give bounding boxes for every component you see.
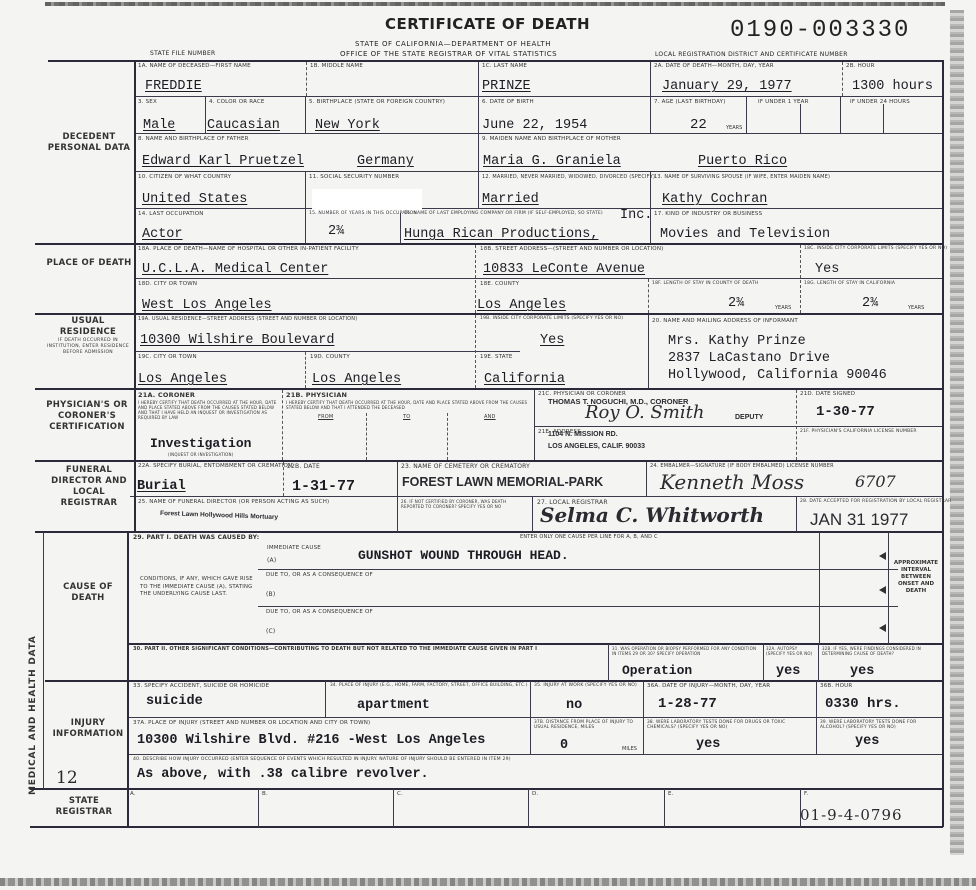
rule bbox=[258, 569, 898, 570]
label-under-1-year: IF UNDER 1 YEAR bbox=[758, 99, 809, 105]
label-first-name: 1a. NAME OF DECEASED—FIRST NAME bbox=[138, 63, 251, 69]
label-informant: 20. NAME AND MAILING ADDRESS OF INFORMAN… bbox=[652, 318, 798, 324]
enter-only-one-note: ENTER ONLY ONE CAUSE PER LINE FOR A, B, … bbox=[520, 534, 658, 540]
hour-value: 1300 hours bbox=[852, 79, 933, 94]
sex-value: Male bbox=[143, 118, 175, 133]
occupation-value: Actor bbox=[142, 227, 183, 242]
local-registrar-signature: Selma C. Whitworth bbox=[540, 503, 764, 527]
rule bbox=[796, 497, 797, 532]
rule bbox=[475, 315, 476, 388]
label-marital: 12. MARRIED, NEVER MARRIED, WIDOWED, DIV… bbox=[482, 174, 655, 180]
label-death-inside-city: 18c. INSIDE CITY CORPORATE LIMITS (SPECI… bbox=[804, 246, 947, 251]
scan-artifact-bottom bbox=[0, 878, 976, 886]
label-residence-street: 19a. USUAL RESIDENCE—STREET ADDRESS (STR… bbox=[138, 316, 357, 322]
rule bbox=[30, 826, 943, 828]
label-spouse: 13. NAME OF SURVIVING SPOUSE (IF WIFE, E… bbox=[654, 174, 830, 180]
rule bbox=[648, 315, 649, 388]
manner-value: suicide bbox=[146, 694, 203, 709]
state-registrar-column-b: B. bbox=[262, 791, 268, 797]
informant-line-1: Mrs. Kathy Prinze bbox=[668, 334, 806, 349]
stay-county-unit: YEARS bbox=[775, 305, 791, 311]
label-residence-inside-city: 19b. INSIDE CITY CORPORATE LIMITS (SPECI… bbox=[480, 316, 623, 321]
facility-value: U.C.L.A. Medical Center bbox=[142, 262, 328, 277]
distance-unit: MILES bbox=[622, 746, 637, 752]
section-place-of-death: PLACE OF DEATH bbox=[45, 258, 133, 269]
coroner-certification-text: I HEREBY CERTIFY THAT DEATH OCCURRED AT … bbox=[138, 400, 278, 420]
employer-suffix-value: Inc. bbox=[620, 208, 652, 223]
marital-value: Married bbox=[482, 192, 539, 207]
scan-artifact-right-edge bbox=[950, 10, 964, 855]
label-coroner-reported: 26. IF NOT CERTIFIED BY CORONER, WAS DEA… bbox=[401, 499, 529, 509]
mother-birthplace-value: Puerto Rico bbox=[698, 154, 787, 169]
physician-and: AND bbox=[484, 414, 496, 420]
rule bbox=[478, 62, 479, 208]
rule bbox=[888, 532, 889, 644]
state-file-number-label: STATE FILE NUMBER bbox=[150, 50, 216, 57]
informant-line-3: Hollywood, California 90046 bbox=[668, 368, 887, 383]
label-date-of-death: 2a. DATE OF DEATH—MONTH, DAY, YEAR bbox=[654, 63, 774, 69]
rule bbox=[35, 460, 943, 462]
label-cause-b: (B) bbox=[266, 591, 275, 598]
rule bbox=[135, 96, 943, 97]
label-injury-hour: 36b. HOUR bbox=[820, 683, 852, 689]
birthplace-value: New York bbox=[315, 118, 380, 133]
rule bbox=[128, 754, 943, 755]
local-registration-label: LOCAL REGISTRATION DISTRICT AND CERTIFIC… bbox=[655, 51, 848, 58]
margin-note: 12 bbox=[56, 768, 78, 788]
date-accepted-stamp: JAN 31 1977 bbox=[810, 510, 908, 530]
rule bbox=[35, 388, 943, 390]
usual-residence-title: USUAL RESIDENCE bbox=[60, 316, 116, 337]
section-state-registrar: STATE REGISTRAR bbox=[40, 796, 128, 818]
rule bbox=[535, 426, 943, 427]
rule bbox=[818, 644, 819, 681]
age-value: 22 bbox=[690, 117, 707, 133]
industry-value: Movies and Television bbox=[660, 227, 830, 242]
rule bbox=[45, 680, 943, 682]
interval-arrow-c-icon bbox=[879, 624, 886, 632]
subtitle-office: OFFICE OF THE STATE REGISTRAR OF VITAL S… bbox=[340, 50, 557, 58]
rule bbox=[534, 390, 535, 460]
coroner-value: Investigation bbox=[150, 436, 251, 451]
rule bbox=[366, 413, 367, 460]
label-citizen: 10. CITIZEN OF WHAT COUNTRY bbox=[138, 174, 231, 180]
label-occupation: 14. LAST OCCUPATION bbox=[138, 211, 204, 217]
age-unit: YEARS bbox=[726, 125, 742, 131]
father-name-value: Edward Karl Pruetzel bbox=[142, 154, 304, 169]
label-immediate-cause: IMMEDIATE CAUSE bbox=[267, 545, 321, 551]
injury-date-value: 1-28-77 bbox=[658, 696, 717, 712]
first-name-value: FREDDIE bbox=[145, 79, 202, 94]
state-registrar-column-f: F. bbox=[804, 791, 808, 797]
label-funeral-director: 25. NAME OF FUNERAL DIRECTOR (OR PERSON … bbox=[138, 499, 329, 505]
label-part-2: 30. PART II. OTHER SIGNIFICANT CONDITION… bbox=[133, 646, 537, 652]
state-registrar-column-a: A. bbox=[130, 791, 136, 797]
race-value: Caucasian bbox=[207, 118, 280, 133]
rule bbox=[475, 245, 476, 313]
rule bbox=[128, 717, 943, 718]
label-disposition: 22a. SPECIFY BURIAL, ENTOMBMENT OR CREMA… bbox=[138, 463, 292, 469]
mother-name-value: Maria G. Graniela bbox=[483, 154, 621, 169]
date-of-death-value: January 29, 1977 bbox=[662, 79, 792, 94]
label-sex: 3. SEX bbox=[138, 99, 157, 105]
rule bbox=[648, 279, 649, 313]
certificate-title: CERTIFICATE OF DEATH bbox=[385, 15, 590, 33]
rule bbox=[48, 60, 943, 62]
operation-value: Operation bbox=[622, 663, 692, 678]
rule bbox=[135, 133, 943, 134]
rule bbox=[650, 62, 651, 134]
rule bbox=[664, 789, 665, 827]
autopsy-findings-value: yes bbox=[850, 664, 874, 679]
rule bbox=[796, 390, 797, 460]
stay-county-value: 2¾ bbox=[728, 296, 744, 311]
rule bbox=[30, 788, 943, 790]
label-lab-tests: 38. WERE LABORATORY TESTS DONE FOR DRUGS… bbox=[647, 720, 813, 730]
label-father: 8. NAME AND BIRTHPLACE OF FATHER bbox=[138, 136, 249, 142]
lab-tests-value: yes bbox=[696, 737, 720, 752]
rule bbox=[746, 97, 747, 133]
label-due-to-c: DUE TO, OR AS A CONSEQUENCE OF bbox=[266, 609, 373, 615]
section-certification: PHYSICIAN'S OR CORONER'S CERTIFICATION bbox=[40, 400, 134, 433]
section-medical-health-data: MEDICAL AND HEALTH DATA bbox=[28, 635, 38, 795]
coroner-signature: Roy O. Smith bbox=[585, 402, 704, 423]
rule bbox=[840, 97, 841, 133]
certificate-number: 0190-003330 bbox=[730, 17, 910, 44]
coroner-address-line-1: 1104 N. MISSION RD. bbox=[548, 431, 618, 438]
rule bbox=[646, 462, 647, 496]
rule bbox=[282, 390, 283, 460]
label-facility: 18a. PLACE OF DEATH—NAME OF HOSPITAL OR … bbox=[138, 246, 359, 252]
residence-street-value: 10300 Wilshire Boulevard bbox=[140, 333, 334, 348]
interval-label: APPROXIMATE INTERVAL BETWEEN ONSET AND D… bbox=[893, 560, 939, 595]
rule bbox=[305, 97, 306, 133]
rule bbox=[205, 97, 206, 133]
label-cause-c: (C) bbox=[266, 628, 275, 635]
employer-value: Hunga Rican Productions, bbox=[404, 227, 598, 242]
death-inside-city-value: Yes bbox=[815, 262, 839, 277]
stay-california-value: 2¾ bbox=[862, 296, 878, 311]
rule bbox=[305, 172, 306, 244]
rule bbox=[43, 532, 44, 789]
rule bbox=[135, 171, 943, 172]
embalmer-license-value: 6707 bbox=[855, 472, 896, 491]
rule bbox=[800, 104, 801, 133]
state-registrar-f-value: 01-9-4-0796 bbox=[800, 806, 903, 824]
last-name-value: PRINZE bbox=[482, 79, 531, 94]
deputy-label: DEPUTY bbox=[735, 414, 763, 421]
residence-city-value: Los Angeles bbox=[138, 372, 227, 387]
rule bbox=[393, 789, 394, 827]
subtitle-state: STATE OF CALIFORNIA—DEPARTMENT OF HEALTH bbox=[355, 40, 551, 48]
label-manner: 33. SPECIFY ACCIDENT, SUICIDE OR HOMICID… bbox=[133, 683, 269, 689]
label-employer: 16. NAME OF LAST EMPLOYING COMPANY OR FI… bbox=[404, 211, 603, 216]
death-city-value: West Los Angeles bbox=[142, 298, 272, 313]
label-injury-date: 36a. DATE OF INJURY—MONTH, DAY, YEAR bbox=[647, 683, 770, 689]
label-date-accepted: 28. DATE ACCEPTED FOR REGISTRATION BY LO… bbox=[800, 499, 951, 504]
label-embalmer: 24. EMBALMER—SIGNATURE (IF BODY EMBALMED… bbox=[650, 463, 834, 469]
section-funeral: FUNERAL DIRECTOR AND LOCAL REGISTRAR bbox=[45, 465, 133, 509]
label-residence-city: 19c. CITY OR TOWN bbox=[138, 354, 197, 360]
label-age: 7. AGE (LAST BIRTHDAY) bbox=[654, 99, 726, 105]
ssn-redaction bbox=[312, 189, 422, 213]
rule bbox=[135, 208, 943, 209]
cause-a-value: GUNSHOT WOUND THROUGH HEAD. bbox=[358, 548, 569, 563]
label-race: 4. COLOR OR RACE bbox=[209, 99, 265, 105]
rule bbox=[883, 104, 884, 133]
disposition-value: Burial bbox=[137, 479, 186, 494]
father-birthplace-value: Germany bbox=[357, 154, 414, 169]
disposition-date-value: 1-31-77 bbox=[292, 478, 355, 495]
label-stay-california: 18g. LENGTH OF STAY IN CALIFORNIA bbox=[804, 281, 895, 286]
rule bbox=[643, 681, 644, 754]
death-county-value: Los Angeles bbox=[477, 298, 566, 313]
section-cause-of-death: CAUSE OF DEATH bbox=[50, 582, 126, 604]
informant-line-2: 2837 LaCastano Drive bbox=[668, 351, 830, 366]
stay-california-unit: YEARS bbox=[908, 305, 924, 311]
injury-place-value: 10300 Wilshire Blvd. #216 -West Los Ange… bbox=[137, 733, 485, 748]
section-usual-residence: USUAL RESIDENCE IF DEATH OCCURRED IN INS… bbox=[42, 316, 134, 356]
label-mother: 9. MAIDEN NAME AND BIRTHPLACE OF MOTHER bbox=[482, 136, 621, 142]
rule bbox=[135, 278, 943, 279]
funeral-director-value: Forest Lawn Hollywood Hills Mortuary bbox=[160, 510, 278, 521]
rule bbox=[134, 60, 136, 532]
label-death-county: 18e. COUNTY bbox=[480, 281, 519, 287]
section-decedent: DECEDENT PERSONAL DATA bbox=[45, 132, 133, 154]
coroner-sublabel: (INQUEST OR INVESTIGATION) bbox=[168, 452, 233, 457]
label-cause-a: (A) bbox=[267, 557, 276, 564]
distance-value: 0 bbox=[560, 738, 568, 753]
label-injury-description: 40. DESCRIBE HOW INJURY OCCURRED (ENTER … bbox=[133, 757, 511, 762]
label-license: 21f. PHYSICIAN'S CALIFORNIA LICENSE NUMB… bbox=[800, 429, 917, 434]
label-years-in-occupation: 15. NUMBER OF YEARS IN THIS OCCUPATION bbox=[309, 211, 417, 216]
scan-artifact-top bbox=[45, 2, 945, 6]
physician-from: FROM bbox=[318, 414, 333, 420]
label-date-signed: 21d. DATE SIGNED bbox=[800, 391, 855, 397]
label-at-work: 35. INJURY AT WORK (SPECIFY YES OR NO) bbox=[534, 683, 640, 689]
rule bbox=[258, 606, 898, 607]
rule bbox=[397, 462, 398, 532]
rule bbox=[35, 313, 943, 315]
rule bbox=[530, 681, 531, 754]
label-residence-state: 19e. STATE bbox=[480, 354, 513, 360]
spouse-value: Kathy Cochran bbox=[662, 192, 767, 207]
death-street-value: 10833 LeConte Avenue bbox=[483, 262, 645, 277]
coroner-address-line-2: LOS ANGELES, CALIF. 90033 bbox=[548, 443, 645, 450]
rule bbox=[127, 532, 129, 827]
interval-arrow-b-icon bbox=[879, 586, 886, 594]
label-cemetery: 23. NAME OF CEMETERY OR CREMATORY bbox=[401, 463, 530, 470]
label-autopsy: 32a. AUTOPSY (SPECIFY YES OR NO) bbox=[766, 646, 816, 656]
label-death-city: 18d. CITY OR TOWN bbox=[138, 281, 197, 287]
conditions-text: CONDITIONS, IF ANY, WHICH GAVE RISE TO T… bbox=[140, 576, 255, 599]
rule bbox=[128, 643, 943, 645]
rule bbox=[135, 351, 520, 352]
label-place-type: 34. PLACE OF INJURY (E.G., HOME, FARM, F… bbox=[330, 683, 528, 688]
state-registrar-column-e: E. bbox=[668, 791, 674, 797]
label-operation: 31. WAS OPERATION OR BIOPSY PERFORMED FO… bbox=[612, 646, 762, 656]
label-ssn: 11. SOCIAL SECURITY NUMBER bbox=[309, 174, 399, 180]
physician-certification-text: I HEREBY CERTIFY THAT DEATH OCCURRED AT … bbox=[286, 400, 532, 410]
label-hour: 2b. HOUR bbox=[846, 63, 875, 69]
date-signed-value: 1-30-77 bbox=[816, 404, 875, 420]
rule bbox=[942, 60, 944, 827]
label-birthplace: 5. BIRTHPLACE (STATE OR FOREIGN COUNTRY) bbox=[309, 99, 445, 105]
injury-description-value: As above, with .38 calibre revolver. bbox=[137, 767, 429, 782]
embalmer-signature: Kenneth Moss bbox=[660, 470, 804, 494]
rule bbox=[305, 352, 306, 388]
label-under-24-hours: IF UNDER 24 HOURS bbox=[850, 99, 910, 105]
label-death-street: 18b. STREET ADDRESS—(STREET AND NUMBER O… bbox=[480, 246, 664, 252]
rule bbox=[306, 62, 307, 96]
rule bbox=[816, 681, 817, 754]
label-distance: 37b. DISTANCE FROM PLACE OF INJURY TO US… bbox=[534, 720, 640, 730]
years-in-occupation-value: 2¾ bbox=[328, 224, 344, 239]
rule bbox=[130, 496, 943, 497]
label-coroner: 21a. CORONER bbox=[138, 391, 195, 399]
label-stay-county: 18f. LENGTH OF STAY IN COUNTY OF DEATH bbox=[652, 281, 759, 286]
residence-county-value: Los Angeles bbox=[312, 372, 401, 387]
rule bbox=[819, 532, 820, 644]
rule bbox=[258, 789, 259, 827]
rule bbox=[35, 531, 943, 533]
label-part-1: 29. PART I. DEATH WAS CAUSED BY: bbox=[133, 534, 259, 541]
place-type-value: apartment bbox=[357, 698, 430, 713]
rule bbox=[532, 497, 533, 532]
autopsy-value: yes bbox=[776, 664, 800, 679]
label-last-name: 1c. LAST NAME bbox=[482, 63, 527, 69]
usual-residence-note: IF DEATH OCCURRED IN INSTITUTION, ENTER … bbox=[42, 338, 134, 356]
label-lab-alcohol: 39. WERE LABORATORY TESTS DONE FOR ALCOH… bbox=[820, 720, 938, 730]
label-disposition-date: 22b. DATE bbox=[287, 463, 320, 470]
state-registrar-column-c: C. bbox=[397, 791, 403, 797]
label-middle-name: 1b. MIDDLE NAME bbox=[310, 63, 363, 69]
section-injury-information: INJURY INFORMATION bbox=[50, 718, 126, 740]
rule bbox=[800, 245, 801, 313]
rule bbox=[35, 243, 943, 245]
label-autopsy-findings: 32b. IF YES, WERE FINDINGS CONSIDERED IN… bbox=[822, 646, 937, 656]
rule bbox=[763, 644, 764, 681]
label-residence-county: 19d. COUNTY bbox=[310, 354, 350, 360]
rule bbox=[447, 413, 448, 460]
citizen-value: United States bbox=[142, 192, 247, 207]
rule bbox=[528, 789, 529, 827]
rule bbox=[325, 681, 326, 717]
physician-to: TO bbox=[403, 414, 410, 420]
residence-inside-city-value: Yes bbox=[540, 333, 564, 348]
label-injury-place: 37a. PLACE OF INJURY (STREET AND NUMBER … bbox=[133, 720, 370, 726]
at-work-value: no bbox=[566, 698, 582, 713]
rule bbox=[608, 644, 609, 681]
lab-alcohol-value: yes bbox=[855, 734, 879, 749]
cemetery-value: FOREST LAWN MEMORIAL-PARK bbox=[402, 475, 603, 489]
residence-state-value: California bbox=[484, 372, 565, 387]
interval-arrow-a-icon bbox=[879, 552, 886, 560]
rule bbox=[842, 62, 843, 96]
label-due-to-b: DUE TO, OR AS A CONSEQUENCE OF bbox=[266, 572, 373, 578]
state-registrar-column-d: D. bbox=[532, 791, 538, 797]
label-industry: 17. KIND OF INDUSTRY OR BUSINESS bbox=[654, 211, 762, 217]
date-of-birth-value: June 22, 1954 bbox=[482, 118, 587, 133]
injury-hour-value: 0330 hrs. bbox=[825, 696, 901, 712]
label-date-of-birth: 6. DATE OF BIRTH bbox=[482, 99, 534, 105]
label-physician: 21b. PHYSICIAN bbox=[286, 391, 347, 399]
